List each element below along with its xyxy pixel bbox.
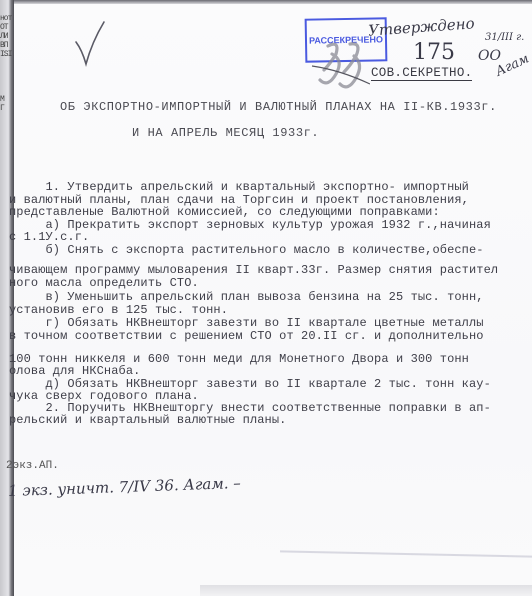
handwritten-date: 31/III г. [485,32,524,43]
strip-line: ВП [0,41,12,50]
handwritten-stamp-number-icon [310,40,370,100]
body-line: с 1.1У.с.г. [9,230,89,244]
classification-label: СОВ.СЕКРЕТНО. [371,66,472,81]
handwritten-checkmark-icon [72,20,112,68]
strip-gap [0,59,12,95]
strip-line: ЛИ [0,32,12,41]
handwritten-oo: ОО [478,48,501,64]
body-line: чивающем программу мыловарения II кварт.… [9,263,498,277]
body-line: установив его в 125 тыс. тонн. [9,303,228,317]
strip-line: Г [0,104,12,113]
strip-line: нот [0,14,12,23]
handwritten-number: 175 [413,40,455,65]
body-line: 1. Утвердить апрельский и квартальный эк… [9,180,469,194]
adjacent-page-text: нот ОТ ЛИ ВП ISI М Г [0,14,12,113]
body-line: г) Обязать НКВнешторг завезти во II квар… [9,316,484,330]
body-line: б) Снять с экспорта растительного масло … [9,243,484,257]
body-line: ного масла определить СТО. [9,276,199,290]
body-line: в) Уменьшить апрельский план вывоза бенз… [9,290,484,304]
page-bottom-edge [200,585,532,596]
strip-line: ОТ [0,23,12,32]
scan-smudge [280,550,532,557]
body-line: представленые Валютной комиссией, со сле… [9,205,440,219]
copies-note: 2экз.АП. [6,460,59,472]
handwritten-destruction-note: 1 экз. уничт. 7/IV 36. Агам. – [8,474,241,500]
document-title-line-2: И НА АПРЕЛЬ МЕСЯЦ 1933г. [132,126,319,140]
document-title-line-1: ОБ ЭКСПОРТНО-ИМПОРТНЫЙ И ВАЛЮТНЫЙ ПЛАНАХ… [60,100,497,114]
scanned-document-page: нот ОТ ЛИ ВП ISI М Г РАССЕКРЕЧЕНО Утверж… [0,0,532,596]
strip-line: М [0,95,12,104]
strip-line: ISI [0,50,12,59]
body-line: рельский и квартальный валютные планы. [9,413,286,427]
body-line: в точном соответствии с решением СТО от … [9,329,484,343]
page-top-edge [0,0,532,4]
body-line: олова для НКСнаба. [9,364,140,378]
